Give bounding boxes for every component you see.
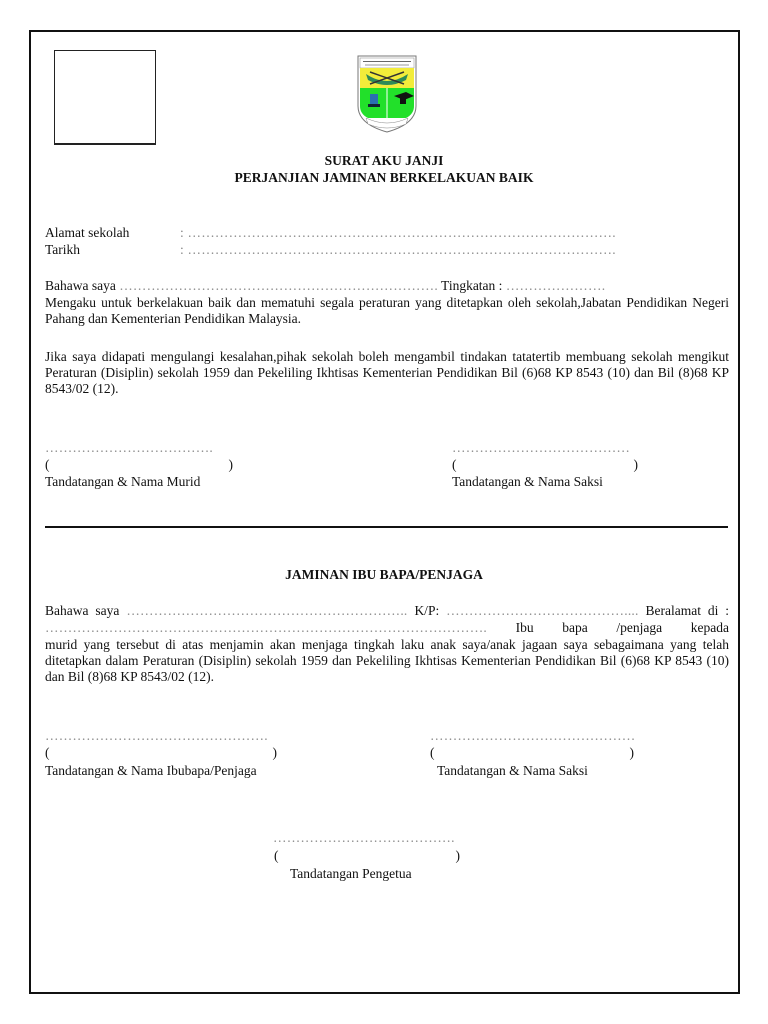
witness2-signature-line[interactable]: ……………………………………… bbox=[430, 728, 636, 744]
tarikh-label: Tarikh bbox=[45, 242, 80, 258]
principal-name-parens: ( ) bbox=[274, 848, 460, 864]
section-divider bbox=[45, 526, 728, 528]
student-name-parens: ( ) bbox=[45, 457, 233, 473]
guardian-name-parens: ( ) bbox=[45, 745, 277, 761]
alamat-sekolah-field[interactable]: : …………………………………………………………………………………. bbox=[180, 225, 616, 241]
paren-open: ( bbox=[45, 457, 50, 473]
guardian-line2-text: Ibu bapa /penjaga kepada bbox=[516, 620, 729, 635]
paren-close: ) bbox=[630, 745, 635, 761]
guardian-address-field[interactable]: ……………………………………………………………………………………. bbox=[45, 620, 487, 635]
guardian-paragraph: murid yang tersebut di atas menjamin aka… bbox=[45, 637, 729, 685]
paren-close: ) bbox=[229, 457, 234, 473]
paren-open: ( bbox=[430, 745, 435, 761]
kp-label: K/P: bbox=[414, 603, 439, 618]
paren-close: ) bbox=[634, 457, 639, 473]
guardian-line2: ……………………………………………………………………………………. Ibu ba… bbox=[45, 620, 729, 636]
alamat-sekolah-label: Alamat sekolah bbox=[45, 225, 129, 241]
section2-title: JAMINAN IBU BAPA/PENJAGA bbox=[0, 567, 768, 583]
bahawa-saya-label: Bahawa saya bbox=[45, 278, 116, 293]
witness-signature-line[interactable]: ………………………………… bbox=[452, 440, 630, 456]
paren-open: ( bbox=[452, 457, 457, 473]
kp-field[interactable]: ………………………………….... bbox=[446, 603, 638, 618]
guardian-signature-label: Tandatangan & Nama Ibubapa/Penjaga bbox=[45, 763, 257, 779]
consequence-paragraph: Jika saya didapati mengulangi kesalahan,… bbox=[45, 349, 729, 397]
paren-open: ( bbox=[45, 745, 50, 761]
paren-close: ) bbox=[456, 848, 461, 864]
principal-signature-line[interactable]: …………………………………. bbox=[273, 830, 455, 846]
guardian-signature-line[interactable]: …………………………………………. bbox=[45, 728, 268, 744]
witness2-name-parens: ( ) bbox=[430, 745, 634, 761]
tarikh-field[interactable]: : …………………………………………………………………………………. bbox=[180, 242, 616, 258]
witness-signature-label: Tandatangan & Nama Saksi bbox=[452, 474, 603, 490]
bahawa-saya-line: Bahawa saya ……………………………………………………………. Tin… bbox=[45, 278, 605, 294]
guardian-name-field[interactable]: …………………………………………………….. bbox=[126, 603, 407, 618]
school-crest-icon bbox=[356, 54, 418, 134]
student-signature-label: Tandatangan & Nama Murid bbox=[45, 474, 200, 490]
student-signature-line[interactable]: ………………………………. bbox=[45, 440, 213, 456]
guardian-line1: Bahawa saya …………………………………………………….. K/P: … bbox=[45, 603, 729, 619]
pledge-paragraph: Mengaku untuk berkelakuan baik dan memat… bbox=[45, 295, 729, 327]
paren-close: ) bbox=[273, 745, 278, 761]
witness2-signature-label: Tandatangan & Nama Saksi bbox=[437, 763, 588, 779]
photo-placeholder-box bbox=[54, 50, 156, 145]
document-subtitle: PERJANJIAN JAMINAN BERKELAKUAN BAIK bbox=[0, 170, 768, 186]
student-name-field[interactable]: ……………………………………………………………. bbox=[119, 278, 438, 293]
guardian-bahawa-label: Bahawa saya bbox=[45, 603, 119, 618]
tingkatan-field[interactable]: …………………. bbox=[506, 278, 605, 293]
tingkatan-label: Tingkatan : bbox=[441, 278, 502, 293]
document-title: SURAT AKU JANJI bbox=[0, 153, 768, 169]
paren-open: ( bbox=[274, 848, 279, 864]
witness-name-parens: ( ) bbox=[452, 457, 638, 473]
principal-signature-label: Tandatangan Pengetua bbox=[290, 866, 412, 882]
beralamat-label: Beralamat di : bbox=[645, 603, 729, 618]
